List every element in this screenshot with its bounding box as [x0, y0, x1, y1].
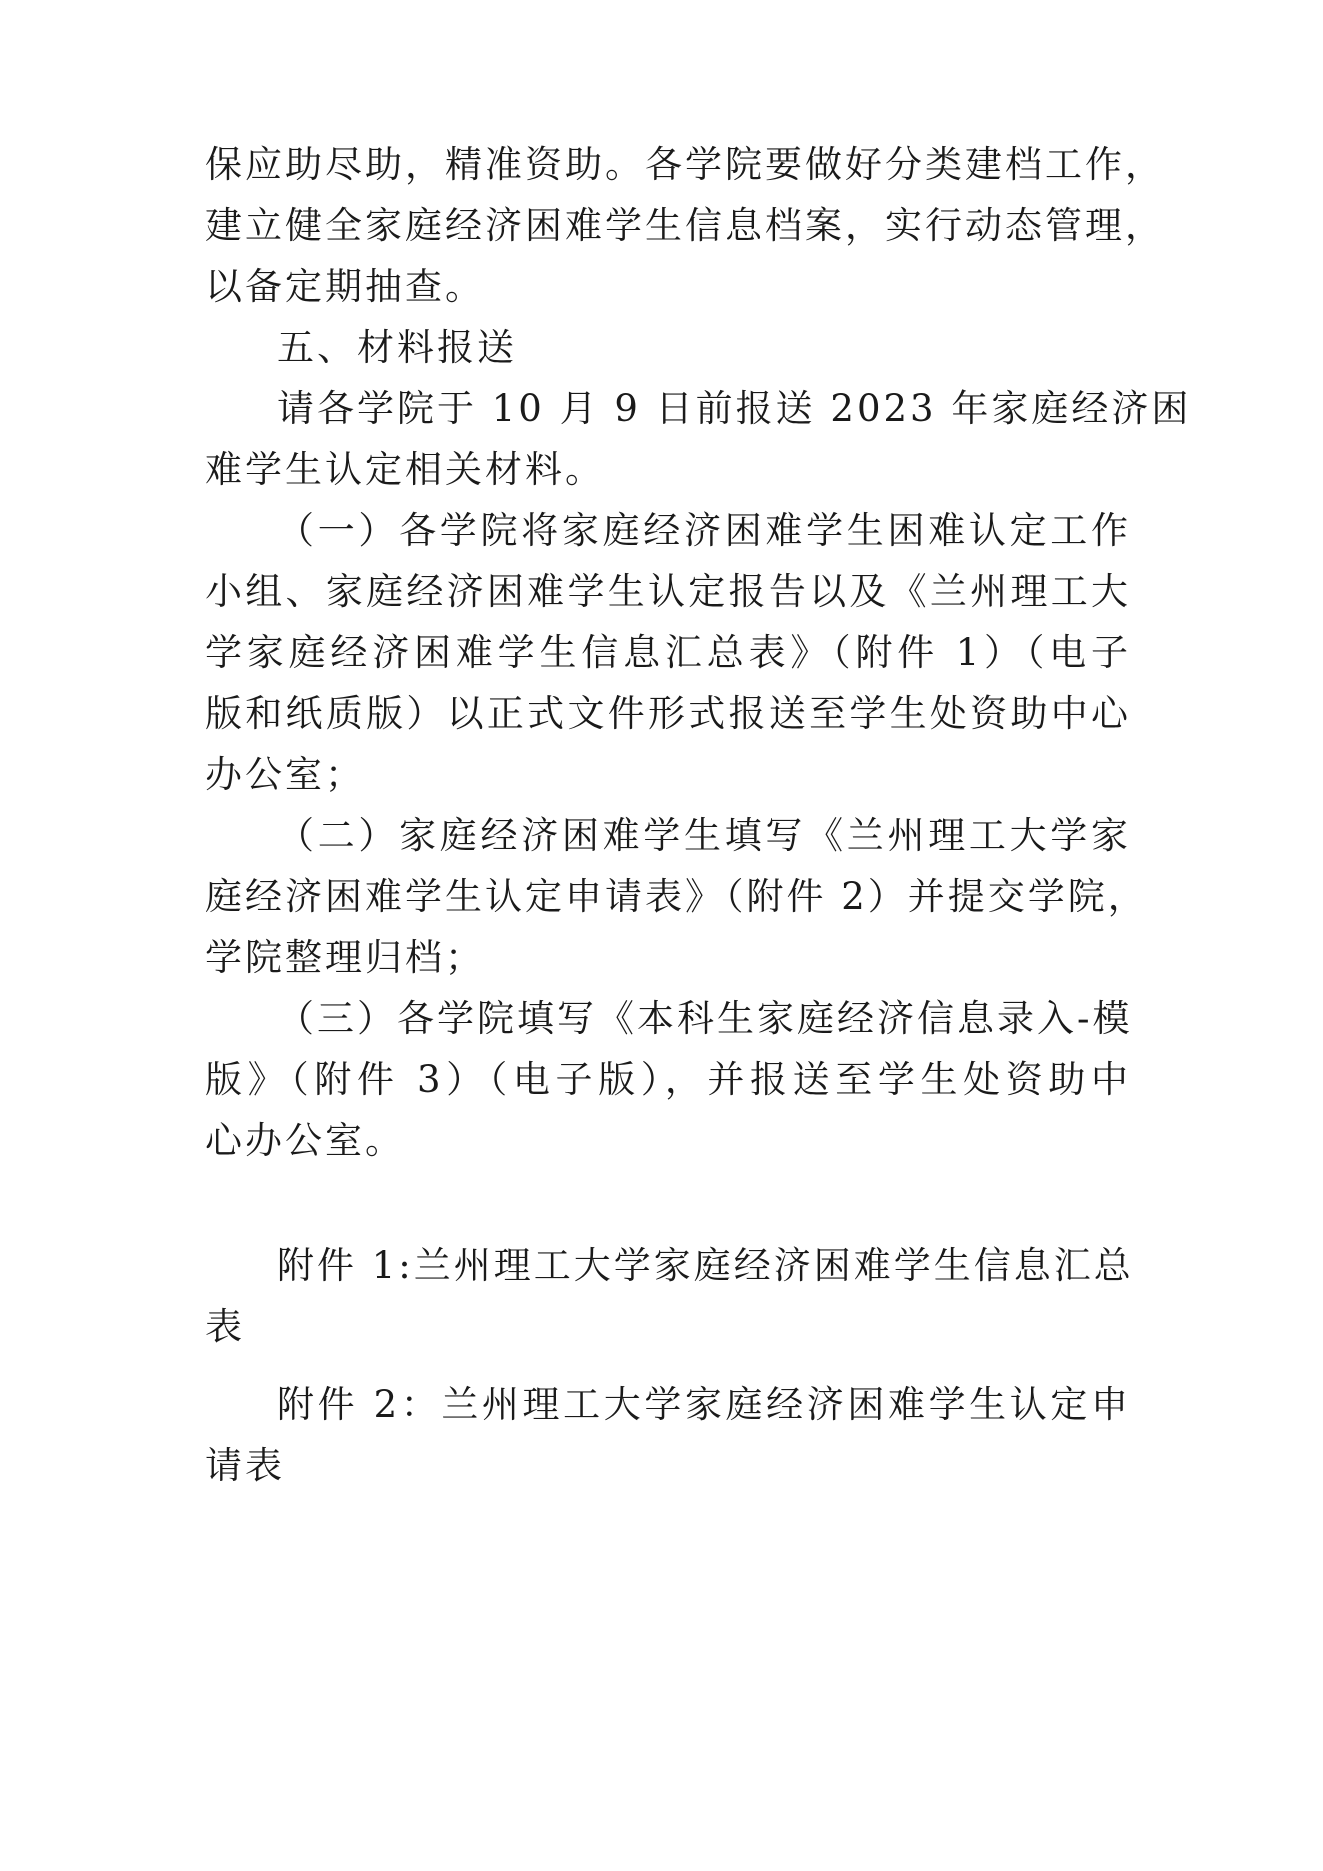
- paragraph-archive-line-3: 以备定期抽查。: [205, 262, 1131, 312]
- paragraph-archive-line-2: 建立健全家庭经济困难学生信息档案，实行动态管理，: [205, 201, 1131, 251]
- paragraph-archive-line-1: 保应助尽助，精准资助。各学院要做好分类建档工作，: [205, 140, 1131, 190]
- section-heading: 五、材料报送: [205, 323, 1131, 373]
- item-3-line-3: 心办公室。: [205, 1116, 1131, 1166]
- item-3-line-1: （三）各学院填写《本科生家庭经济信息录入-模: [205, 994, 1131, 1044]
- item-2-line-3: 学院整理归档；: [205, 933, 1131, 983]
- item-3-line-2: 版》（附件 3）（电子版），并报送至学生处资助中: [205, 1055, 1131, 1105]
- attachment-2-line-2: 请表: [205, 1441, 1131, 1491]
- paragraph-deadline-line-2: 难学生认定相关材料。: [205, 445, 1131, 495]
- attachment-2-line-1: 附件 2：兰州理工大学家庭经济困难学生认定申: [205, 1380, 1131, 1430]
- attachment-1-line-1: 附件 1:兰州理工大学家庭经济困难学生信息汇总: [205, 1241, 1131, 1291]
- item-1-line-1: （一）各学院将家庭经济困难学生困难认定工作: [205, 506, 1131, 556]
- item-1-line-5: 办公室；: [205, 750, 1131, 800]
- item-1-line-2: 小组、家庭经济困难学生认定报告以及《兰州理工大: [205, 567, 1131, 617]
- item-1-line-4: 版和纸质版）以正式文件形式报送至学生处资助中心: [205, 689, 1131, 739]
- item-1-line-3: 学家庭经济困难学生信息汇总表》（附件 1）（电子: [205, 628, 1131, 678]
- attachment-1-line-2: 表: [205, 1302, 1131, 1352]
- item-2-line-1: （二）家庭经济困难学生填写《兰州理工大学家: [205, 811, 1131, 861]
- item-2-line-2: 庭经济困难学生认定申请表》（附件 2）并提交学院，: [205, 872, 1131, 922]
- paragraph-deadline-line-1: 请各学院于 10 月 9 日前报送 2023 年家庭经济困: [205, 384, 1131, 434]
